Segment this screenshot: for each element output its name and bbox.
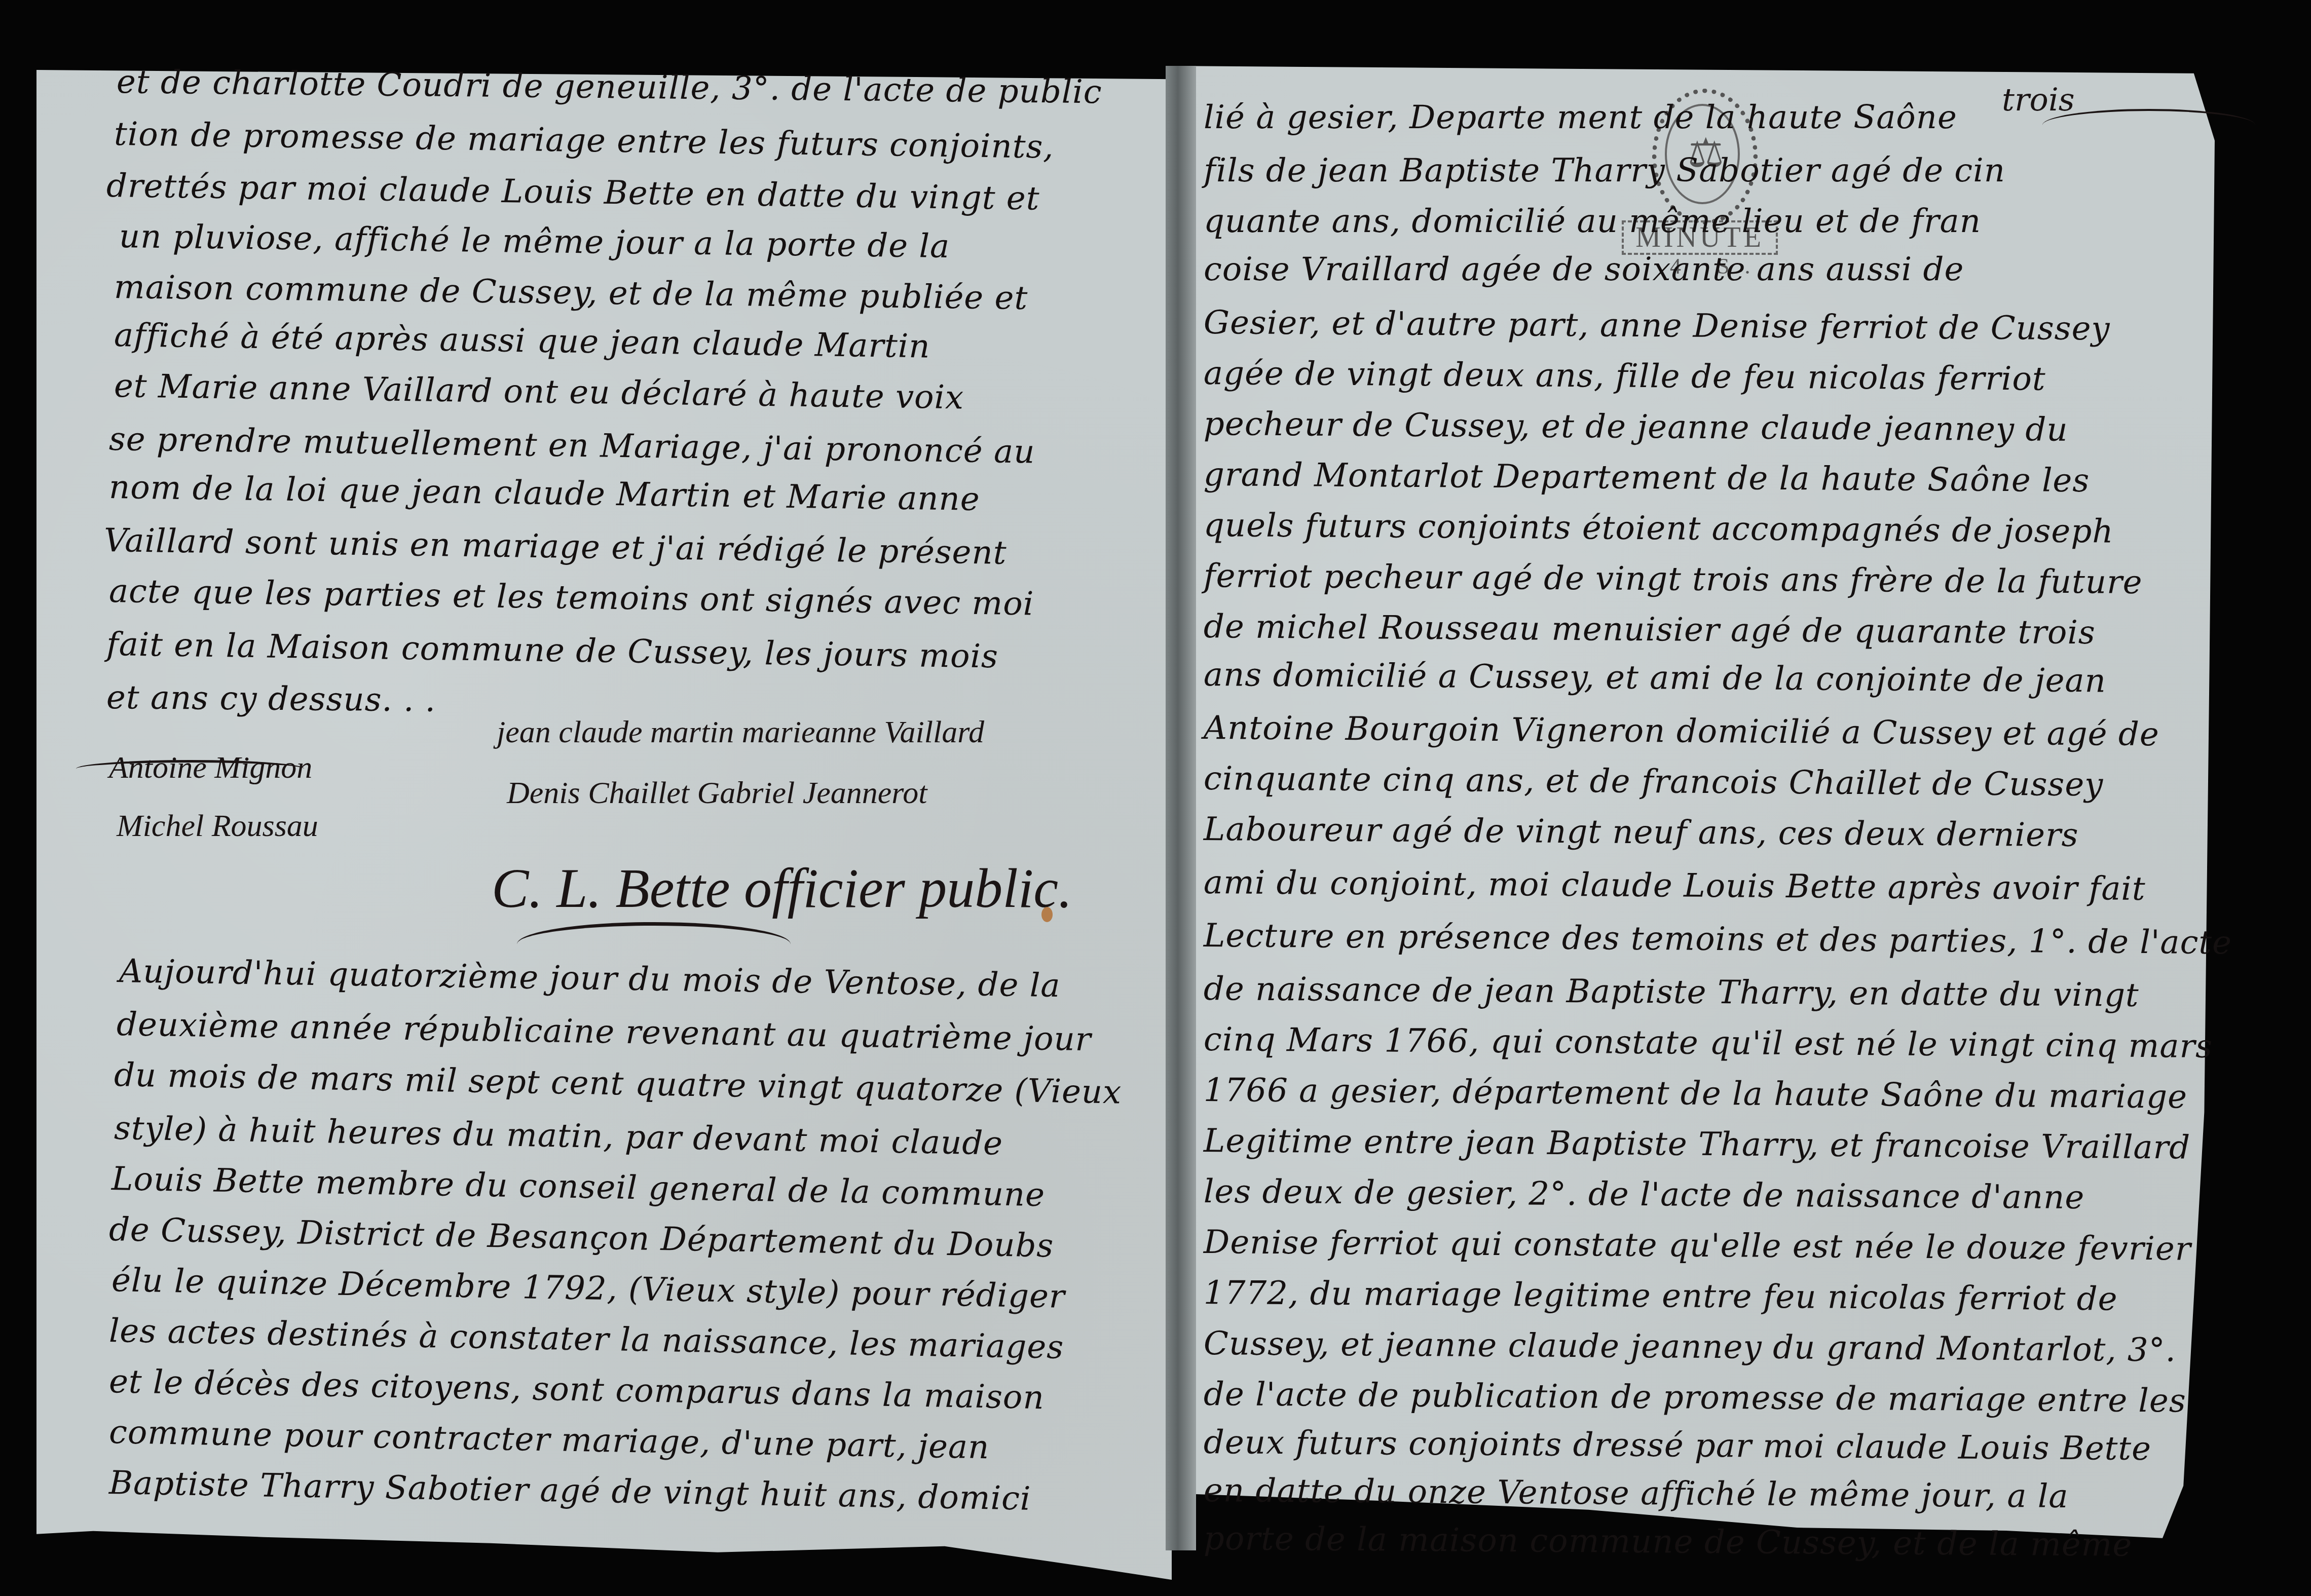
manuscript-line: fils de jean Baptiste Tharry Sabotier ag… — [1204, 152, 2005, 189]
manuscript-line: cinquante cinq ans, et de francois Chail… — [1204, 760, 2104, 804]
manuscript-line: cinq Mars 1766, qui constate qu'il est n… — [1204, 1021, 2213, 1066]
manuscript-line: les deux de gesier, 2°. de l'acte de nai… — [1204, 1173, 2085, 1217]
manuscript-line: quante ans, domicilié au même lieu et de… — [1204, 203, 1981, 240]
signature-witnesses: Denis Chaillet Gabriel Jeannerot — [507, 775, 927, 811]
manuscript-line: Legitime entre jean Baptiste Tharry, et … — [1204, 1122, 2191, 1167]
signature-officer: C. L. Bette officier public. — [492, 856, 1072, 921]
manuscript-line: en datte du onze Ventose affiché le même… — [1204, 1472, 2069, 1515]
manuscript-line: de michel Rousseau menuisier agé de quar… — [1204, 608, 2096, 652]
manuscript-line: Cussey, et jeanne claude jeanney du gran… — [1204, 1325, 2177, 1369]
margin-annotation: trois — [2002, 81, 2075, 118]
signature-flourish — [76, 760, 304, 778]
manuscript-line: Antoine Bourgoin Vigneron domicilié a Cu… — [1204, 709, 2159, 753]
manuscript-line: grand Montarlot Departement de la haute … — [1204, 456, 2090, 500]
rust-spot — [1041, 907, 1053, 922]
manuscript-line: Lecture en présence des temoins et des p… — [1204, 917, 2232, 962]
signature-witness-roussau: Michel Roussau — [117, 808, 318, 844]
manuscript-line: ans domicilié a Cussey, et ami de la con… — [1204, 656, 2106, 700]
manuscript-line: ami du conjoint, moi claude Louis Bette … — [1204, 864, 2146, 908]
manuscript-line: quels futurs conjoints étoient accompagn… — [1204, 507, 2114, 551]
manuscript-line: porte de la maison commune de Cussey, et… — [1204, 1520, 2133, 1564]
manuscript-line: pecheur de Cussey, et de jeanne claude j… — [1204, 405, 2068, 449]
manuscript-line: 1766 a gesier, département de la haute S… — [1204, 1072, 2188, 1116]
manuscript-line: Laboureur agé de vingt neuf ans, ces deu… — [1204, 811, 2079, 854]
manuscript-line: deux futurs conjoints dressé par moi cla… — [1204, 1424, 2152, 1468]
manuscript-line: Denise ferriot qui constate qu'elle est … — [1204, 1224, 2191, 1268]
book-gutter — [1166, 66, 1196, 1550]
manuscript-line: agée de vingt deux ans, fille de feu nic… — [1204, 355, 2046, 398]
manuscript-line: lié à gesier, Departe ment de la haute S… — [1204, 99, 1957, 136]
manuscript-line: de l'acte de publication de promesse de … — [1204, 1376, 2186, 1420]
manuscript-line: ferriot pecheur agé de vingt trois ans f… — [1204, 557, 2143, 601]
manuscript-line: de naissance de jean Baptiste Tharry, en… — [1204, 970, 2139, 1014]
manuscript-line: Gesier, et d'autre part, anne Denise fer… — [1204, 304, 2110, 348]
manuscript-line: et ans cy dessus. . . — [106, 679, 436, 719]
manuscript-line: 1772, du mariage legitime entre feu nico… — [1204, 1274, 2118, 1318]
manuscript-line: coise Vraillard agée de soixante ans aus… — [1204, 251, 1964, 288]
signature-spouses: jean claude martin marieanne Vaillard — [497, 714, 984, 750]
annotation-flourish — [2042, 109, 2255, 141]
